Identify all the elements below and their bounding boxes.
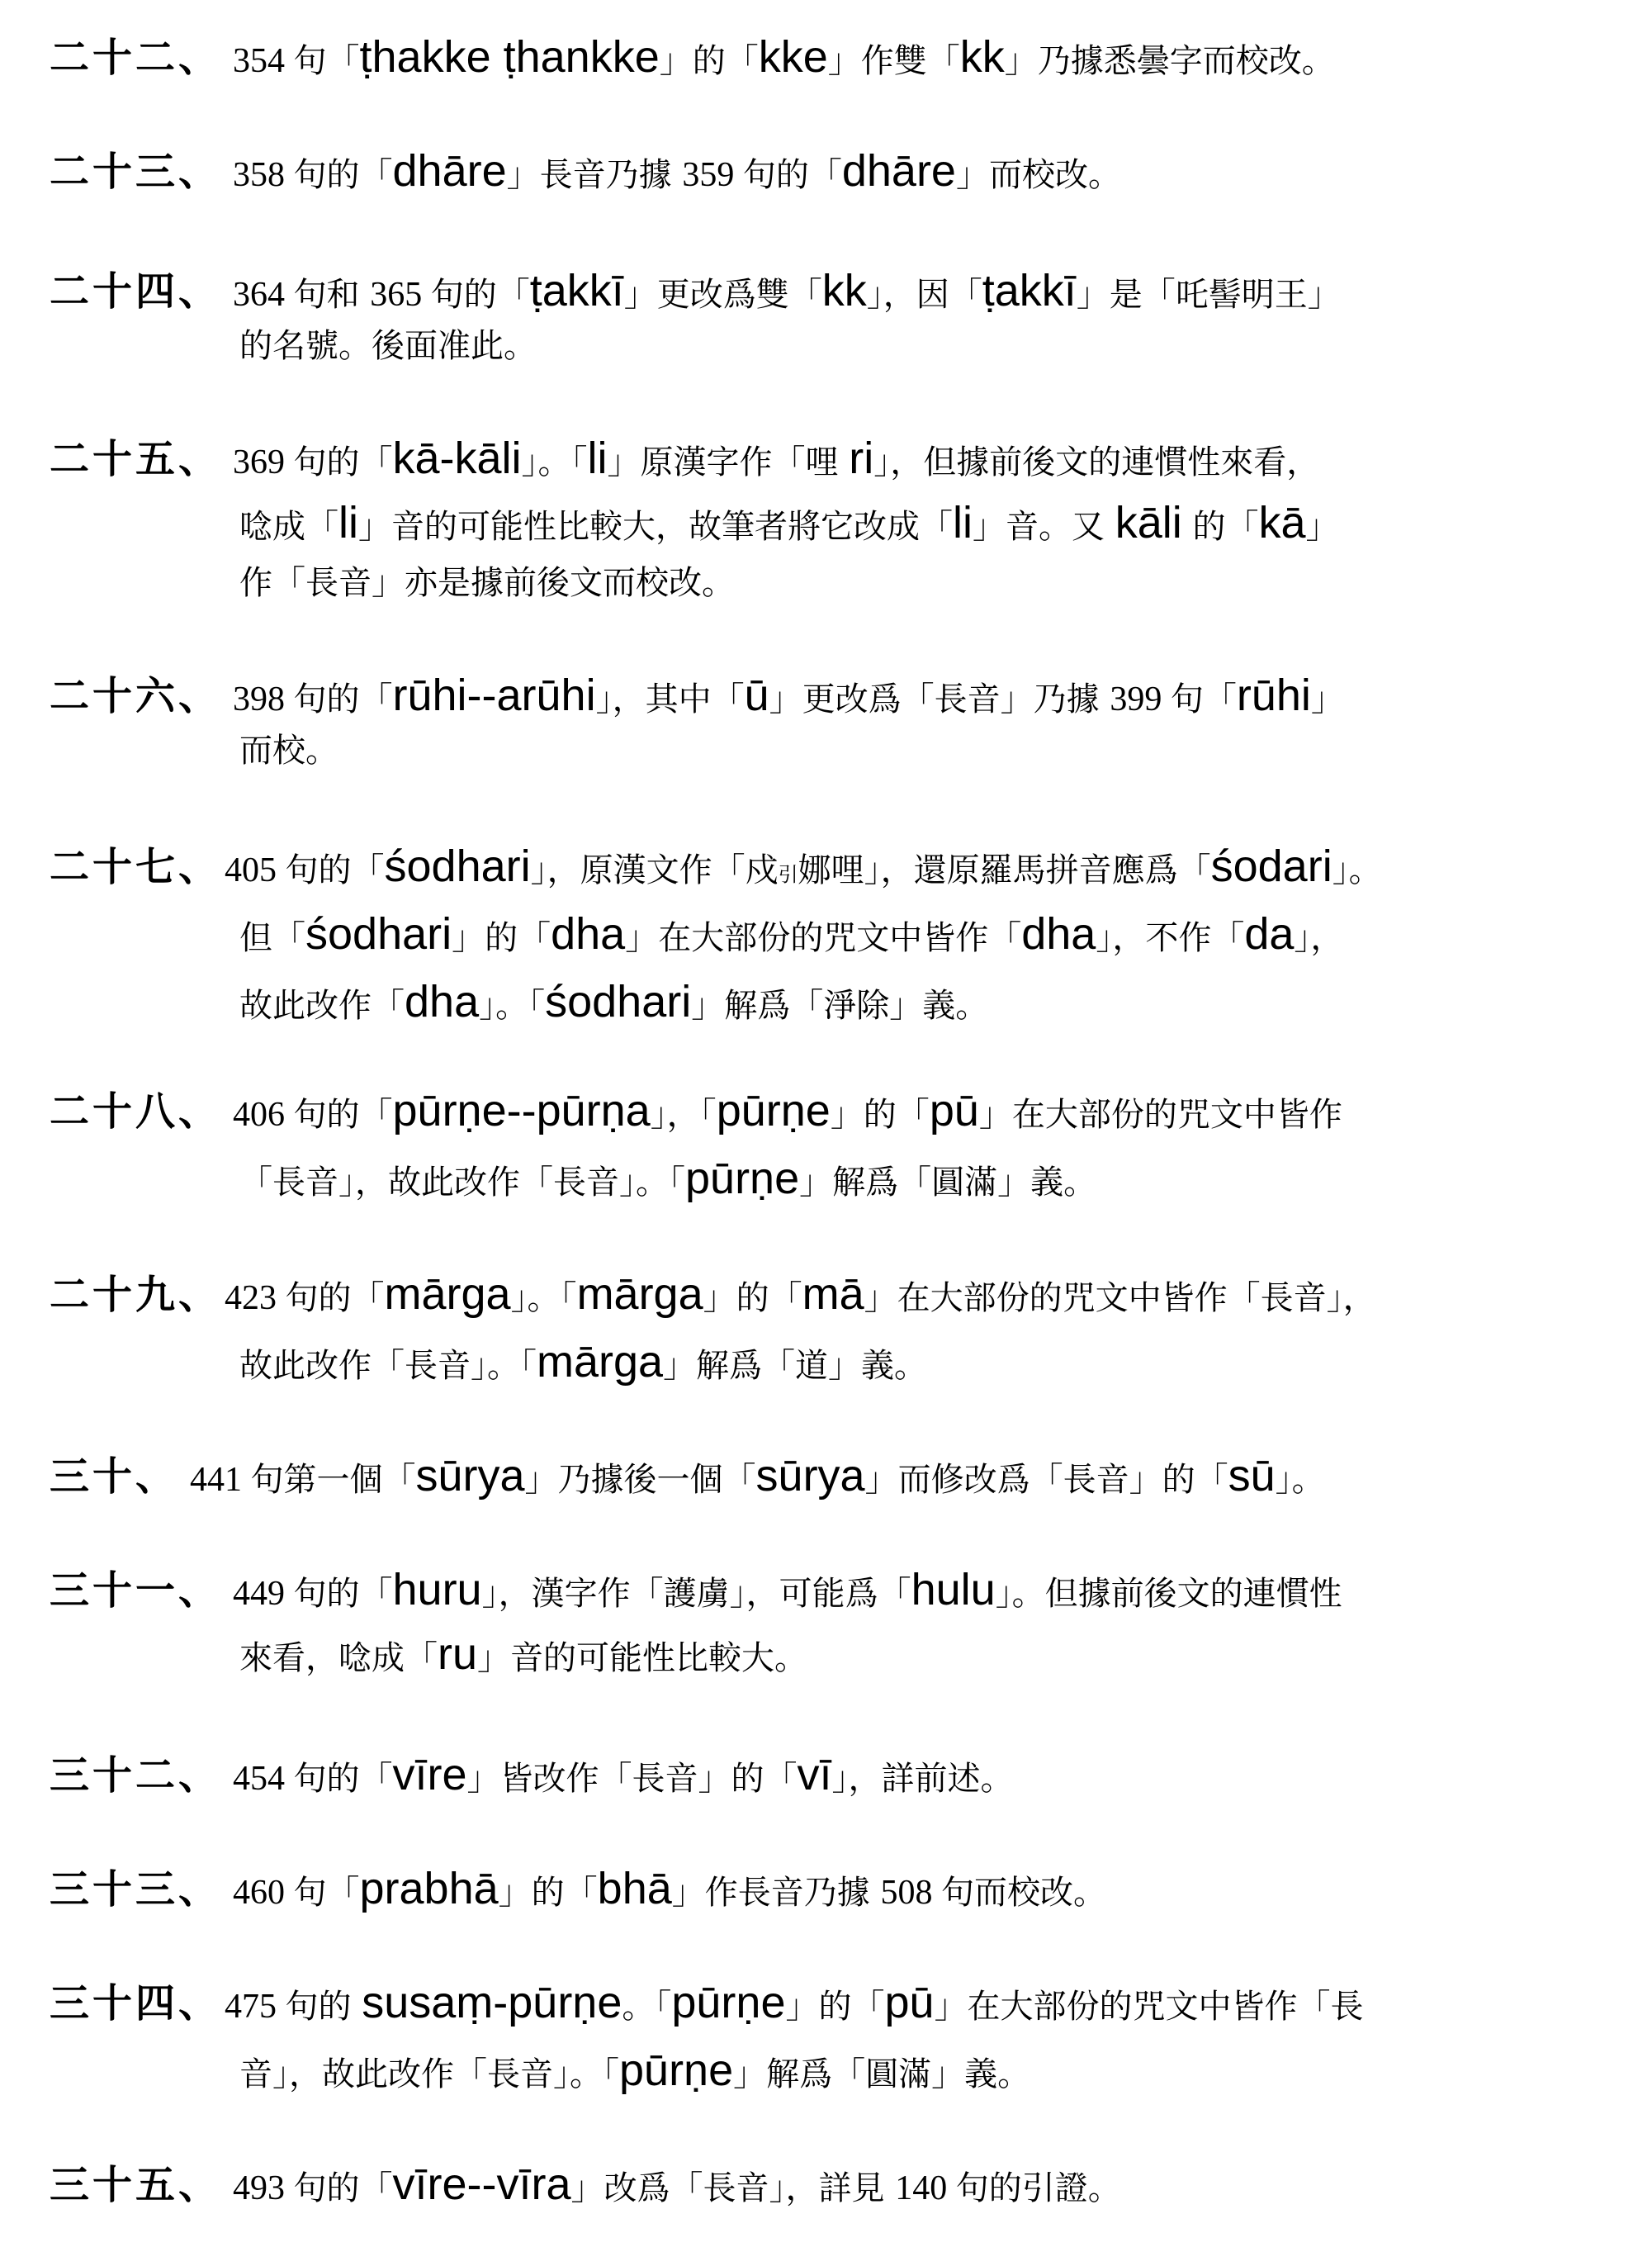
chinese-text: 的名號。後面准此。 (239, 327, 537, 365)
verse-number: 441 (190, 1461, 251, 1499)
chinese-text: 」解爲「道」義。 (663, 1347, 927, 1385)
sanskrit-term: li (588, 434, 608, 483)
chinese-text: 句和 (294, 276, 371, 314)
verse-number: 364 (233, 276, 294, 314)
chinese-text: 故此改作「長音」。「 (239, 1347, 537, 1385)
sanskrit-term: sūrya (756, 1451, 865, 1500)
chinese-text: 故此改作「 (239, 987, 405, 1025)
chinese-text: 句的 (286, 1988, 362, 2026)
chinese-text: 」。「 (522, 443, 588, 481)
chinese-text: 」乃據悉曇字而校改。 (1005, 42, 1335, 80)
annotation-mark: 引 (779, 863, 798, 886)
sanskrit-term: pūrṇe--pūrṇa (393, 1086, 651, 1135)
chinese-text: 」，「 (651, 1096, 717, 1134)
verse-number: 369 (233, 443, 294, 481)
note-text-line: 354 句「ṭhakke ṭhankke」的「kke」作雙「kk」乃據悉曇字而校… (233, 35, 1335, 79)
chinese-text: 」改爲「長音」，詳見 (571, 2169, 896, 2207)
chinese-text: 」，其中「 (596, 680, 745, 718)
sanskrit-term: ū (745, 671, 769, 720)
chinese-text: 句第一個「 (251, 1461, 416, 1499)
chinese-text: 」皆改作「長音」的「 (467, 1760, 798, 1798)
sanskrit-term: kke (759, 32, 828, 82)
sanskrit-term: sūrya (416, 1451, 525, 1500)
sanskrit-term: prabhā (360, 1864, 499, 1913)
chinese-text: 」，詳前述。 (832, 1760, 1014, 1798)
chinese-text: 「長音」，故此改作「長音」。「 (239, 1164, 685, 1202)
chinese-text: 」，原漢文作「戍 (531, 851, 779, 889)
sanskrit-term: huru (393, 1565, 482, 1614)
chinese-text: 句的「 (294, 1575, 393, 1613)
chinese-text: 」的「 (499, 1874, 598, 1912)
chinese-text: 」在大部份的咒文中皆作「長 (935, 1988, 1364, 2026)
note-text-line: 故此改作「長音」。「mārga」解爲「道」義。 (239, 1339, 927, 1384)
chinese-text: 句的「 (294, 1096, 393, 1134)
chinese-text: 」更改爲雙「 (624, 276, 822, 314)
chinese-text: 」解爲「淨除」義。 (691, 987, 988, 1025)
sanskrit-term: śodhari (385, 841, 531, 891)
chinese-text: 句的「 (286, 1279, 385, 1317)
chinese-text: 」，漢字作「護虜」，可能爲「 (482, 1575, 911, 1613)
chinese-text: 」音的可能性比較大，故筆者將它改成「 (358, 508, 953, 546)
note-text-line: 的名號。後面准此。 (239, 328, 537, 363)
chinese-text: 」。 (1332, 851, 1382, 889)
sanskrit-term: li (953, 498, 973, 548)
chinese-text: 」音。又 (973, 508, 1115, 546)
verse-number: 359 (682, 156, 743, 194)
sanskrit-term: pū (930, 1086, 979, 1135)
chinese-text: 」更改爲「長音」乃據 (769, 680, 1110, 718)
document-page: 二十二、354 句「ṭhakke ṭhankke」的「kke」作雙「kk」乃據悉… (0, 0, 1652, 2266)
sanskrit-term: dha (1021, 909, 1096, 959)
note-text-line: 故此改作「dha」。「śodhari」解爲「淨除」義。 (239, 979, 988, 1024)
note-number-label: 三十二、 (50, 1756, 221, 1795)
sanskrit-term: kā-kāli (393, 434, 522, 483)
chinese-text: 」作長音乃據 (672, 1874, 881, 1912)
sanskrit-term: vīre--vīra (393, 2159, 571, 2209)
sanskrit-term: pūrṇe (685, 1154, 799, 1203)
verse-number: 140 (895, 2169, 956, 2207)
verse-number: 475 (225, 1988, 286, 2026)
note-text-line: 音」，故此改作「長音」。「pūrṇe」解爲「圓滿」義。 (239, 2048, 1030, 2093)
note-text-line: 406 句的「pūrṇe--pūrṇa」，「pūrṇe」的「pū」在大部份的咒文… (233, 1088, 1342, 1133)
verse-number: 354 (233, 42, 294, 80)
chinese-text: 而校。 (239, 732, 338, 770)
sanskrit-term: mārga (385, 1269, 511, 1319)
chinese-text: 」而校改。 (956, 156, 1121, 194)
sanskrit-term: mā (802, 1269, 864, 1319)
note-number-label: 二十七、 (50, 847, 221, 887)
sanskrit-term: dhāre (842, 146, 956, 196)
sanskrit-term: ri (849, 434, 873, 483)
chinese-text: 」， (1294, 919, 1343, 957)
chinese-text: 」，不作「 (1096, 919, 1244, 957)
verse-number: 405 (225, 851, 286, 889)
verse-number: 460 (233, 1874, 294, 1912)
sanskrit-term: pūrṇe (619, 2046, 733, 2095)
chinese-text: 」，因「 (867, 276, 982, 314)
sanskrit-term: kk (822, 266, 867, 315)
sanskrit-term: dhāre (393, 146, 507, 196)
sanskrit-term: mārga (577, 1269, 703, 1319)
verse-number: 508 (880, 1874, 941, 1912)
chinese-text: 」而修改爲「長音」的「 (865, 1461, 1228, 1499)
sanskrit-term: rūhi--arūhi (393, 671, 596, 720)
chinese-text: 」的「 (831, 1096, 930, 1134)
verse-number: 406 (233, 1096, 294, 1134)
chinese-text: 」解爲「圓滿」義。 (733, 2055, 1030, 2093)
sanskrit-term: ru (438, 1629, 477, 1679)
note-number-label: 二十二、 (50, 38, 221, 78)
sanskrit-term: śodari (1211, 841, 1332, 891)
chinese-text: 句的「 (294, 443, 393, 481)
chinese-text: 」的「 (785, 1988, 884, 2026)
sanskrit-term: dha (551, 909, 625, 959)
note-number-label: 二十四、 (50, 272, 221, 311)
sanskrit-term: śodhari (545, 977, 691, 1026)
chinese-text: 的「 (1182, 508, 1259, 546)
chinese-text: 」音的可能性比較大。 (477, 1639, 807, 1677)
chinese-text: 」乃據後一個「 (525, 1461, 756, 1499)
note-text-line: 358 句的「dhāre」長音乃據 359 句的「dhāre」而校改。 (233, 149, 1121, 193)
note-text-line: 來看，唸成「ru」音的可能性比較大。 (239, 1632, 807, 1676)
chinese-text: 」。但據前後文的連慣性 (996, 1575, 1342, 1613)
chinese-text: 」作雙「 (828, 42, 960, 80)
note-text-line: 369 句的「kā-kāli」。「li」原漢字作「哩 ri」，但據前後文的連慣性… (233, 436, 1319, 481)
sanskrit-term: pū (884, 1978, 934, 2027)
note-number-label: 二十六、 (50, 676, 221, 716)
sanskrit-term: li (338, 498, 358, 548)
sanskrit-term: vī (798, 1750, 832, 1799)
chinese-text: 句的「 (294, 2169, 393, 2207)
note-number-label: 二十八、 (50, 1092, 221, 1131)
sanskrit-term: dha (405, 977, 479, 1026)
verse-number: 493 (233, 2169, 294, 2207)
chinese-text: 唸成「 (239, 508, 338, 546)
chinese-text: 」在大部份的咒文中皆作「長音」， (864, 1279, 1376, 1317)
chinese-text: 句的「 (431, 276, 530, 314)
chinese-text: 句而校改。 (941, 1874, 1106, 1912)
verse-number: 399 (1110, 680, 1171, 718)
chinese-text: 句的「 (743, 156, 842, 194)
verse-number: 398 (233, 680, 294, 718)
sanskrit-term: susaṃ-pūrṇe (362, 1978, 622, 2027)
note-number-label: 三十一、 (50, 1571, 221, 1610)
chinese-text: 」的「 (452, 919, 551, 957)
chinese-text: 來看，唸成「 (239, 1639, 438, 1677)
chinese-text: 」。 (1276, 1461, 1325, 1499)
chinese-text: 。「 (622, 1988, 671, 2026)
note-text-line: 493 句的「vīre--vīra」改爲「長音」，詳見 140 句的引證。 (233, 2162, 1121, 2207)
chinese-text: 句的「 (294, 680, 393, 718)
sanskrit-term: vīre (393, 1750, 467, 1799)
chinese-text: 句的「 (286, 851, 385, 889)
sanskrit-term: ṭakkī (982, 266, 1077, 315)
chinese-text: 」。「 (511, 1279, 577, 1317)
chinese-text: 」 (1311, 680, 1344, 718)
chinese-text: 」 (1306, 508, 1339, 546)
note-number-label: 三十三、 (50, 1870, 221, 1909)
verse-number: 423 (225, 1279, 286, 1317)
sanskrit-term: kk (960, 32, 1005, 82)
chinese-text: 作「長音」亦是據前後文而校改。 (239, 564, 735, 602)
chinese-text: 句的「 (294, 156, 393, 194)
note-number-label: 二十三、 (50, 152, 221, 192)
chinese-text: 」長音乃據 (507, 156, 683, 194)
verse-number: 358 (233, 156, 294, 194)
chinese-text: 句「 (294, 42, 360, 80)
note-text-line: 唸成「li」音的可能性比較大，故筆者將它改成「li」音。又 kāli 的「kā」 (239, 500, 1339, 545)
sanskrit-term: kāli (1115, 498, 1182, 548)
note-text-line: 「長音」，故此改作「長音」。「pūrṇe」解爲「圓滿」義。 (239, 1156, 1096, 1201)
note-text-line: 454 句的「vīre」皆改作「長音」的「vī」，詳前述。 (233, 1752, 1014, 1797)
chinese-text: 」解爲「圓滿」義。 (799, 1164, 1096, 1202)
chinese-text: 」的「 (703, 1279, 802, 1317)
verse-number: 449 (233, 1575, 294, 1613)
note-text-line: 而校。 (239, 732, 338, 767)
note-text-line: 460 句「prabhā」的「bhā」作長音乃據 508 句而校改。 (233, 1866, 1106, 1911)
sanskrit-term: hulu (911, 1565, 996, 1614)
sanskrit-term: pūrṇe (717, 1086, 831, 1135)
note-number-label: 三十四、 (50, 1984, 221, 2023)
chinese-text: 句的「 (294, 1760, 393, 1798)
note-number-label: 二十五、 (50, 439, 221, 479)
sanskrit-term: śodhari (305, 909, 452, 959)
chinese-text: 」在大部份的咒文中皆作「 (625, 919, 1021, 957)
note-text-line: 364 句和 365 句的「ṭakkī」更改爲雙「kk」，因「ṭakkī」是「吒… (233, 268, 1341, 313)
chinese-text: 」。「 (479, 987, 545, 1025)
note-text-line: 449 句的「huru」，漢字作「護虜」，可能爲「hulu」。但據前後文的連慣性 (233, 1567, 1342, 1612)
sanskrit-term: bhā (598, 1864, 672, 1913)
note-number-label: 二十九、 (50, 1275, 221, 1315)
sanskrit-term: ṭhakke ṭhankke (360, 32, 660, 82)
chinese-text: 音」，故此改作「長音」。「 (239, 2055, 619, 2093)
note-text-line: 423 句的「mārga」。「mārga」的「mā」在大部份的咒文中皆作「長音」… (225, 1272, 1376, 1316)
note-text-line: 398 句的「rūhi--arūhi」，其中「ū」更改爲「長音」乃據 399 句… (233, 673, 1344, 718)
note-text-line: 441 句第一個「sūrya」乃據後一個「sūrya」而修改爲「長音」的「sū」… (190, 1453, 1325, 1498)
sanskrit-term: sū (1228, 1451, 1276, 1500)
chinese-text: 句「 (294, 1874, 360, 1912)
chinese-text: 」原漢字作「哩 (608, 443, 850, 481)
chinese-text: 句「 (1171, 680, 1237, 718)
verse-number: 365 (370, 276, 431, 314)
chinese-text: 」在大部份的咒文中皆作 (979, 1096, 1342, 1134)
sanskrit-term: ṭakkī (530, 266, 624, 315)
note-text-line: 475 句的 susaṃ-pūrṇe。「pūrṇe」的「pū」在大部份的咒文中皆… (225, 1980, 1364, 2025)
note-text-line: 405 句的「śodhari」，原漢文作「戍引娜哩」，還原羅馬拼音應爲「śoda… (225, 844, 1382, 889)
note-number-label: 三十、 (50, 1457, 178, 1496)
sanskrit-term: rūhi (1237, 671, 1311, 720)
sanskrit-term: pūrṇe (671, 1978, 785, 2027)
note-text-line: 但「śodhari」的「dha」在大部份的咒文中皆作「dha」，不作「da」， (239, 912, 1343, 956)
note-number-label: 三十五、 (50, 2165, 221, 2205)
chinese-text: 」的「 (660, 42, 759, 80)
chinese-text: 句的引證。 (956, 2169, 1121, 2207)
sanskrit-term: da (1244, 909, 1294, 959)
sanskrit-term: kā (1258, 498, 1305, 548)
chinese-text: 娜哩」，還原羅馬拼音應爲「 (798, 851, 1211, 889)
verse-number: 454 (233, 1760, 294, 1798)
chinese-text: 」是「吒髻明王」 (1077, 276, 1341, 314)
sanskrit-term: mārga (537, 1337, 663, 1387)
note-text-line: 作「長音」亦是據前後文而校改。 (239, 565, 735, 600)
chinese-text: 但「 (239, 919, 305, 957)
chinese-text: 」，但據前後文的連慣性來看， (873, 443, 1319, 481)
